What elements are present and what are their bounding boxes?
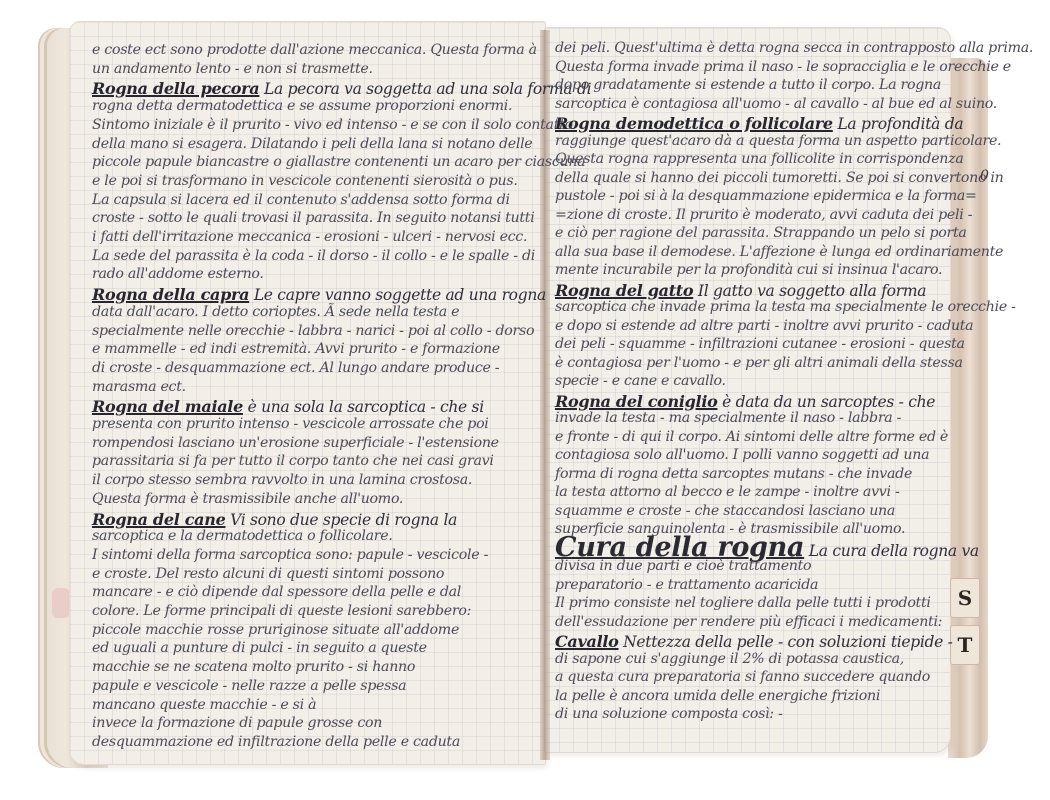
handwritten-line: parassitaria si fa per tutto il corpo ta… xyxy=(92,453,494,469)
section-heading: Rogna della capra xyxy=(92,285,249,304)
handwritten-line: mente incurabile per la profondità cui s… xyxy=(555,262,942,278)
handwritten-line: Questa rogna rappresenta una follicolite… xyxy=(555,151,963,167)
handwritten-line: dopo gradatamente si estende a tutto il … xyxy=(555,77,941,93)
handwritten-line: desquammazione ed infiltrazione della pe… xyxy=(92,734,460,750)
handwritten-line: Questa forma è trasmissibile anche all'u… xyxy=(92,491,403,507)
handwritten-line: di sapone cui s'aggiunge il 2% di potass… xyxy=(555,651,904,667)
handwritten-line: e fronte - di qui il corpo. Ai sintomi d… xyxy=(555,429,948,445)
handwritten-line: piccole macchie rosse pruriginose situat… xyxy=(92,622,459,638)
section-heading: Rogna demodettica o follicolare xyxy=(555,114,833,133)
handwritten-line: invade la testa - ma specialmente il nas… xyxy=(555,410,901,426)
handwritten-line: della quale si hanno dei piccoli tumoret… xyxy=(555,170,1003,186)
handwritten-line: invece la formazione di papule grosse co… xyxy=(92,715,382,731)
handwritten-line: specialmente nelle orecchie - labbra - n… xyxy=(92,323,534,339)
handwritten-line: Questa forma invade prima il naso - le s… xyxy=(555,59,1011,75)
handwritten-line: dei peli. Quest'ultima è detta rogna sec… xyxy=(555,40,1033,56)
handwritten-line: Il primo consiste nel togliere dalla pel… xyxy=(555,595,931,611)
handwritten-line: dell'essudazione per rendere più efficac… xyxy=(555,614,942,630)
handwritten-line: macchie se ne scatena molto prurito - si… xyxy=(92,659,415,675)
index-tab-t: T xyxy=(950,625,980,665)
handwritten-line: mancano queste macchie - e si à xyxy=(92,697,316,713)
handwritten-line: la pelle è ancora umida delle energiche … xyxy=(555,688,880,704)
index-tab-s: S xyxy=(950,578,980,618)
handwritten-line: è contagiosa per l'uomo - e per gli altr… xyxy=(555,355,963,371)
handwritten-line: Rogna della capra Le capre vanno soggett… xyxy=(92,285,546,304)
handwritten-line: la testa attorno al becco e le zampe - i… xyxy=(555,484,899,500)
handwritten-line: Rogna demodettica o follicolare La profo… xyxy=(555,114,963,133)
handwritten-line: divisa in due parti e cioè trattamento xyxy=(555,558,811,574)
handwritten-line: e mammelle - ed indi estremità. Avvi pru… xyxy=(92,341,500,357)
handwritten-line: sarcoptica che invade prima la testa ma … xyxy=(555,299,1016,315)
notebook-photo: S T 0 e coste ect sono prodotte dall'azi… xyxy=(0,0,1050,800)
handwritten-line: papule e vescicole - nelle razze a pelle… xyxy=(92,678,406,694)
handwritten-line: preparatorio - e trattamento acaricida xyxy=(555,577,818,593)
handwritten-line: dei peli - squamme - infiltrazioni cutan… xyxy=(555,336,965,352)
handwritten-line: a questa cura preparatoria si fanno succ… xyxy=(555,669,930,685)
section-heading: Rogna del gatto xyxy=(555,281,693,300)
handwritten-line: contagiosa solo all'uomo. I polli vanno … xyxy=(555,447,929,463)
handwritten-line: sarcoptica è contagiosa all'uomo - al ca… xyxy=(555,96,997,112)
handwritten-line: La sede del parassita è la coda - il dor… xyxy=(92,248,535,264)
handwritten-line: rogna detta dermatodettica e se assume p… xyxy=(92,98,512,114)
pink-stain xyxy=(52,588,70,618)
handwritten-line: Rogna del cane Vi sono due specie di rog… xyxy=(92,510,457,529)
handwritten-line: e dopo si estende ad altre parti - inolt… xyxy=(555,318,973,334)
handwritten-line: presenta con prurito intenso - vescicole… xyxy=(92,416,489,432)
handwritten-line: e le poi si trasformano in vescicole con… xyxy=(92,173,518,189)
handwritten-line: pustole - poi si à la desquammazione epi… xyxy=(555,188,977,204)
handwritten-line: e croste. Del resto alcuni di questi sin… xyxy=(92,566,444,582)
section-heading: Rogna del maiale xyxy=(92,397,243,416)
handwritten-line: squamme e croste - che staccandosi lasci… xyxy=(555,503,895,519)
handwritten-line: un andamento lento - e non si trasmette. xyxy=(92,61,373,77)
handwritten-line: rado all'addome esterno. xyxy=(92,266,264,282)
handwritten-line: I sintomi della forma sarcoptica sono: p… xyxy=(92,547,488,563)
notebook-spine xyxy=(540,30,550,760)
handwritten-line: i fatti dell'irritazione meccanica - ero… xyxy=(92,229,527,245)
handwritten-line: specie - e cane e cavallo. xyxy=(555,373,726,389)
handwritten-line: ed uguali a punture di pulci - in seguit… xyxy=(92,640,427,656)
handwritten-line: forma di rogna detta sarcoptes mutans - … xyxy=(555,466,912,482)
section-heading: Rogna del coniglio xyxy=(555,392,717,411)
handwritten-line: il corpo stesso sembra ravvolto in una l… xyxy=(92,472,472,488)
section-heading: Rogna del cane xyxy=(92,510,225,529)
handwritten-line: raggiunge quest'acaro dà a questa forma … xyxy=(555,133,1001,149)
handwritten-line: croste - sotto le quali trovasi il paras… xyxy=(92,210,534,226)
handwritten-line: marasma ect. xyxy=(92,379,186,395)
handwritten-line: Rogna del gatto Il gatto va soggetto all… xyxy=(555,281,926,300)
handwritten-line: Rogna del maiale è una sola la sarcoptic… xyxy=(92,397,484,416)
handwritten-line: data dall'acaro. I detto corioptes. Ã se… xyxy=(92,304,459,320)
handwritten-line: Cavallo Nettezza della pelle - con soluz… xyxy=(555,632,953,651)
handwritten-line: e coste ect sono prodotte dall'azione me… xyxy=(92,42,537,58)
handwritten-line: =zione di croste. Il prurito è moderato,… xyxy=(555,207,972,223)
handwritten-line: Rogna del coniglio è data da un sarcopte… xyxy=(555,392,935,411)
handwritten-line: alla sua base il demodese. L'affezione è… xyxy=(555,244,1003,260)
handwritten-line: sarcoptica e la dermatodettica o follico… xyxy=(92,528,393,544)
handwritten-line: colore. Le forme principali di queste le… xyxy=(92,603,471,619)
handwritten-line: di croste - desquammazione ect. Al lungo… xyxy=(92,360,499,376)
handwritten-line: di una soluzione composta così: - xyxy=(555,706,782,722)
handwritten-line: della mano si esagera. Dilatando i peli … xyxy=(92,136,532,152)
handwritten-line: rompendosi lasciano un'erosione superfic… xyxy=(92,435,499,451)
handwritten-line: La capsula si lacera ed il contenuto s'a… xyxy=(92,192,510,208)
section-heading: Rogna della pecora xyxy=(92,79,259,98)
handwritten-line: piccole papule biancastre o giallastre c… xyxy=(92,154,585,170)
handwritten-line: mancare - e ciò dipende dal spessore del… xyxy=(92,584,461,600)
handwritten-line: e ciò per ragione del parassita. Strappa… xyxy=(555,225,967,241)
section-heading: Cavallo xyxy=(555,632,619,651)
handwritten-line: Rogna della pecora La pecora va soggetta… xyxy=(92,79,591,98)
handwritten-line: Sintomo iniziale è il prurito - vivo ed … xyxy=(92,117,573,133)
